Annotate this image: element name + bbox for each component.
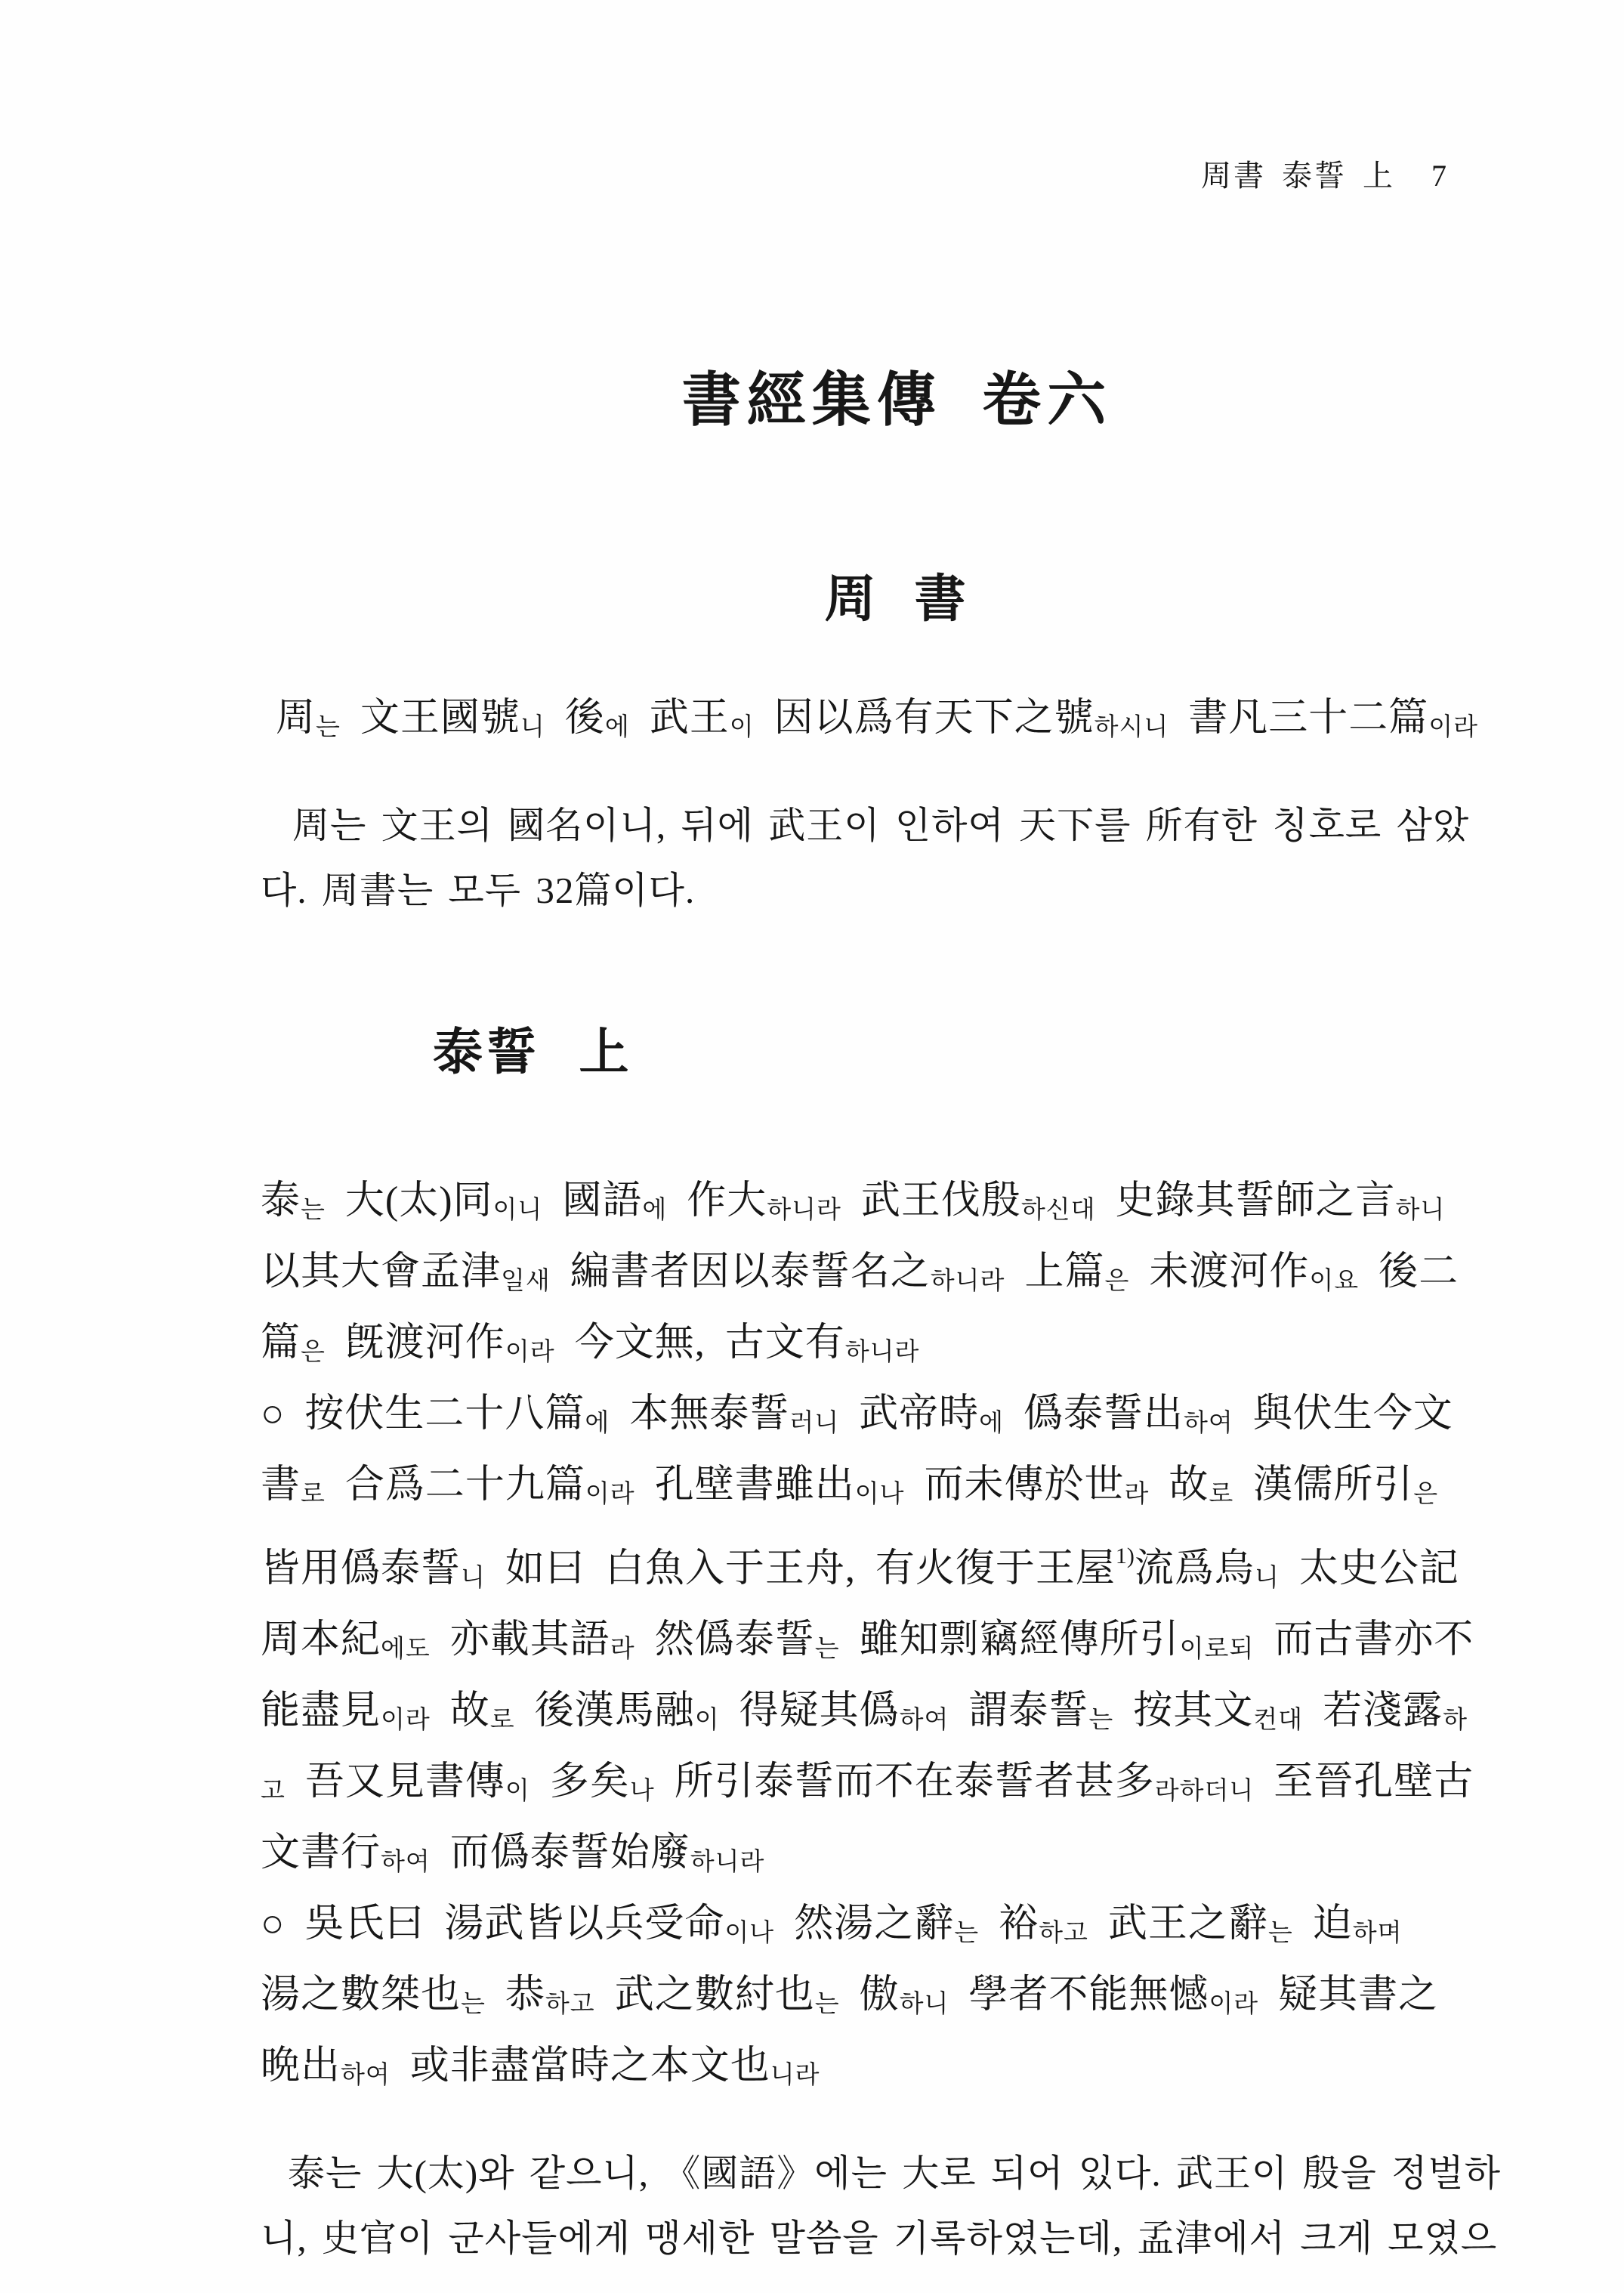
hanja-text: 皆用僞泰誓 bbox=[261, 1547, 461, 1590]
hanja-text: 書 bbox=[261, 1463, 301, 1507]
hangul-gloss: 이라 bbox=[585, 1481, 635, 1508]
hangul-gloss: 나 bbox=[630, 1778, 655, 1805]
hangul-gloss: 는 bbox=[461, 1991, 486, 2018]
chapter-title: 泰誓 上 bbox=[261, 1023, 1533, 1083]
hanja-text: 合爲二十九篇 bbox=[326, 1463, 585, 1507]
text-line: 皆用僞泰誓니 如曰 白魚入于王舟, 有火復于王屋1)流爲烏니 太史公記 bbox=[261, 1525, 1533, 1609]
hanja-text: 孔壁書雖出 bbox=[635, 1463, 855, 1507]
hangul-gloss: 에 bbox=[642, 1197, 667, 1224]
text-line: 能盡見이라 故로 後漢馬融이 得疑其僞하여 謂泰誓는 按其文컨대 若淺露하 bbox=[261, 1680, 1533, 1751]
hanja-text: 流爲烏 bbox=[1135, 1547, 1255, 1590]
hangul-gloss: 하여 bbox=[381, 1849, 431, 1876]
hangul-gloss: 이라 bbox=[1209, 1991, 1258, 2018]
hanja-text: 以其大會孟津 bbox=[261, 1250, 501, 1293]
text-line: 篇은 旣渡河作이라 今文無, 古文有하니라 bbox=[261, 1312, 1533, 1383]
hangul-gloss: 하니라 bbox=[690, 1849, 765, 1876]
hanja-text: 僞泰誓出 bbox=[1004, 1392, 1184, 1435]
hanja-text: 或非盡當時之本文也 bbox=[391, 2044, 770, 2087]
hanja-text: 武之數紂也 bbox=[595, 1973, 815, 2016]
volume-title: 書經集傳 卷六 bbox=[261, 365, 1533, 436]
hanja-text: 武王 bbox=[630, 697, 730, 740]
text-line: 周는 文王國號니 後에 武王이 因以爲有天下之號하시니 書凡三十二篇이라 bbox=[261, 688, 1533, 759]
footnote-ref: 1) bbox=[1116, 1544, 1135, 1568]
hangul-gloss: 하고 bbox=[1039, 1920, 1088, 1947]
text-line: 書로 合爲二十九篇이라 孔壁書雖出이나 而未傳於世라 故로 漢儒所引은 bbox=[261, 1454, 1533, 1525]
hanja-text: 故 bbox=[431, 1689, 490, 1732]
hanja-text: 後漢馬融 bbox=[515, 1689, 695, 1732]
hanja-text: 太史公記 bbox=[1280, 1547, 1459, 1590]
hangul-gloss: 에도 bbox=[381, 1636, 431, 1663]
hangul-gloss: 이 bbox=[695, 1707, 720, 1734]
hangul-gloss: 라 bbox=[610, 1636, 635, 1663]
hangul-gloss: 하시니 bbox=[1095, 714, 1169, 741]
hanja-text: 然湯之辭 bbox=[774, 1902, 954, 1945]
hangul-gloss: 에 bbox=[585, 1410, 610, 1437]
hanja-text: 國語 bbox=[542, 1179, 642, 1222]
hanja-text: 故 bbox=[1149, 1463, 1209, 1507]
text-line: 泰는 大(太)同이니 國語에 作大하니라 武王伐殷하신대 史錄其誓師之言하니 bbox=[261, 1170, 1533, 1241]
text-line: 晩出하여 或非盡當時之本文也니라 bbox=[261, 2035, 1533, 2106]
hanja-text: 而僞泰誓始廢 bbox=[431, 1831, 690, 1874]
hanja-text: 得疑其僞 bbox=[720, 1689, 900, 1732]
hanja-text: 漢儒所引 bbox=[1233, 1463, 1413, 1507]
hangul-gloss: 이라 bbox=[505, 1339, 555, 1366]
hanja-text: 旣渡河作 bbox=[326, 1321, 505, 1364]
text-line: 泰는 大(太)와 같으니, 《國語》에는 大로 되어 있다. 武王이 殷을 정벌… bbox=[261, 2141, 1533, 2206]
hangul-gloss: 는 bbox=[815, 1991, 840, 2018]
hanja-text: 文王國號 bbox=[341, 697, 520, 740]
hanja-text: 周 bbox=[276, 697, 316, 740]
hangul-gloss: 이요 bbox=[1309, 1268, 1359, 1295]
chapter-translation: 泰는 大(太)와 같으니, 《國語》에는 大로 되어 있다. 武王이 殷을 정벌… bbox=[261, 2141, 1533, 2271]
hangul-gloss: 는 bbox=[954, 1920, 979, 1947]
hangul-gloss: 컨대 bbox=[1253, 1707, 1303, 1734]
running-header-title: 周書 泰誓 上 bbox=[1201, 159, 1395, 193]
hanja-text: 與伏生今文 bbox=[1233, 1392, 1453, 1435]
hangul-gloss: 은 bbox=[1413, 1481, 1438, 1508]
hanja-text: 武王之辭 bbox=[1088, 1902, 1268, 1945]
hanja-text: 書凡三十二篇 bbox=[1169, 697, 1428, 740]
intro-translation: 周는 文王의 國名이니, 뒤에 武王이 인하여 天下를 所有한 칭호로 삼았다.… bbox=[261, 793, 1533, 923]
hangul-gloss: 이라 bbox=[1428, 714, 1478, 741]
hanja-text: 編書者因以泰誓名之 bbox=[551, 1250, 931, 1293]
hanja-text: 所引泰誓而不在泰誓者甚多 bbox=[655, 1760, 1155, 1803]
hanja-text: 上篇 bbox=[1005, 1250, 1104, 1293]
hanja-text: 周本紀 bbox=[261, 1618, 381, 1661]
hangul-gloss: 니 bbox=[461, 1565, 486, 1592]
hanja-text: 後二 bbox=[1359, 1250, 1459, 1293]
hangul-gloss: 하여 bbox=[341, 2062, 391, 2089]
hangul-gloss: 로 bbox=[301, 1481, 326, 1508]
hangul-gloss: 러니 bbox=[789, 1410, 839, 1437]
hangul-gloss: 하니 bbox=[1396, 1197, 1446, 1224]
hanja-text: 湯之數桀也 bbox=[261, 1973, 461, 2016]
hanja-text: 作大 bbox=[667, 1179, 767, 1222]
running-header: 周書 泰誓 上7 bbox=[261, 0, 1533, 195]
book-section-title: 周 書 bbox=[261, 568, 1533, 630]
hangul-gloss: 일새 bbox=[501, 1268, 551, 1295]
hanja-text: 至晉孔壁古 bbox=[1254, 1760, 1474, 1803]
hangul-gloss: 에 bbox=[605, 714, 630, 741]
text-line: 周는 文王의 國名이니, 뒤에 武王이 인하여 天下를 所有한 칭호로 삼았 bbox=[261, 793, 1533, 858]
hanja-text: 恭 bbox=[486, 1973, 545, 2016]
hangul-gloss: 로 bbox=[490, 1707, 515, 1734]
hangul-gloss: 은 bbox=[301, 1339, 326, 1366]
hanja-text: 篇 bbox=[261, 1321, 301, 1364]
hangul-gloss: 니라 bbox=[770, 2062, 820, 2089]
hangul-gloss: 는 bbox=[815, 1636, 840, 1663]
hanja-text: 裕 bbox=[979, 1902, 1039, 1945]
hangul-gloss: 이니 bbox=[493, 1197, 543, 1224]
text-line: 다. 周書는 모두 32篇이다. bbox=[261, 858, 1533, 923]
hanja-text: 史錄其誓師之言 bbox=[1096, 1179, 1396, 1222]
text-line: 湯之數桀也는 恭하고 武之數紂也는 傲하니 學者不能無憾이라 疑其書之 bbox=[261, 1964, 1533, 2035]
hanja-text: 迫 bbox=[1293, 1902, 1353, 1945]
hanja-text: 因以爲有天下之號 bbox=[755, 697, 1095, 740]
hanja-text: 雖知剽竊經傳所引 bbox=[840, 1618, 1180, 1661]
hangul-gloss: 라하더니 bbox=[1155, 1778, 1255, 1805]
intro-annotated-text: 周는 文王國號니 後에 武王이 因以爲有天下之號하시니 書凡三十二篇이라 bbox=[261, 688, 1533, 759]
hanja-text: 武王伐殷 bbox=[841, 1179, 1021, 1222]
hangul-gloss: 고 bbox=[261, 1778, 286, 1805]
text-line: 周本紀에도 亦載其語라 然僞泰誓는 雖知剽竊經傳所引이로되 而古書亦不 bbox=[261, 1609, 1533, 1680]
hangul-gloss: 하신대 bbox=[1021, 1197, 1096, 1224]
hanja-text: 學者不能無憾 bbox=[949, 1973, 1209, 2016]
hanja-text: 大(太)同 bbox=[326, 1179, 493, 1222]
hangul-gloss: 는 bbox=[316, 714, 341, 741]
hanja-text: 亦載其語 bbox=[431, 1618, 610, 1661]
page-number: 7 bbox=[1431, 159, 1449, 193]
text-line: ○ 吳氏曰 湯武皆以兵受命이나 然湯之辭는 裕하고 武王之辭는 迫하며 bbox=[261, 1893, 1533, 1964]
hanja-text: 本無泰誓 bbox=[610, 1392, 789, 1435]
hangul-gloss: 은 bbox=[1104, 1268, 1129, 1295]
hanja-text: 然僞泰誓 bbox=[635, 1618, 815, 1661]
hanja-text: 後 bbox=[545, 697, 605, 740]
text-line: 니, 史官이 군사들에게 맹세한 말씀을 기록하였는데, 孟津에서 크게 모였으 bbox=[261, 2206, 1533, 2271]
hangul-gloss: 이라 bbox=[381, 1707, 431, 1734]
text-line: 文書行하여 而僞泰誓始廢하니라 bbox=[261, 1822, 1533, 1893]
hanja-text: 武帝時 bbox=[839, 1392, 979, 1435]
hangul-gloss: 하여 bbox=[1184, 1410, 1233, 1437]
commentary-annotated-text: 泰는 大(太)同이니 國語에 作大하니라 武王伐殷하신대 史錄其誓師之言하니以其… bbox=[261, 1170, 1533, 2106]
hangul-gloss: 하니라 bbox=[845, 1339, 920, 1366]
hangul-gloss: 하니 bbox=[900, 1991, 949, 2018]
hanja-text: 多矣 bbox=[530, 1760, 630, 1803]
hanja-text: 吾又見書傳 bbox=[286, 1760, 505, 1803]
hanja-text: 今文無, 古文有 bbox=[555, 1321, 845, 1364]
hangul-gloss: 라 bbox=[1124, 1481, 1149, 1508]
hangul-gloss: 하고 bbox=[545, 1991, 595, 2018]
hanja-text: 若淺露 bbox=[1303, 1689, 1443, 1732]
hangul-gloss: 이 bbox=[505, 1778, 530, 1805]
hangul-gloss: 이나 bbox=[855, 1481, 905, 1508]
hanja-text: 而古書亦不 bbox=[1254, 1618, 1474, 1661]
hanja-text: 如曰 白魚入于王舟, 有火復于王屋 bbox=[486, 1547, 1116, 1590]
hangul-gloss: 하니라 bbox=[767, 1197, 841, 1224]
hanja-text: 按其文 bbox=[1113, 1689, 1253, 1732]
hanja-text: 謂泰誓 bbox=[949, 1689, 1088, 1732]
hangul-gloss: 하 bbox=[1443, 1707, 1468, 1734]
text-line: ○ 按伏生二十八篇에 本無泰誓러니 武帝時에 僞泰誓出하여 與伏生今文 bbox=[261, 1383, 1533, 1454]
hanja-text: 晩出 bbox=[261, 2044, 341, 2087]
hanja-text: 疑其書之 bbox=[1258, 1973, 1438, 2016]
scanned-page: 周書 泰誓 上7 書經集傳 卷六 周 書 周는 文王國號니 後에 武王이 因以爲… bbox=[0, 0, 1624, 2293]
hangul-gloss: 이나 bbox=[724, 1920, 774, 1947]
hanja-text: 而未傳於世 bbox=[904, 1463, 1124, 1507]
hangul-gloss: 하여 bbox=[900, 1707, 949, 1734]
hanja-text: 文書行 bbox=[261, 1831, 381, 1874]
hangul-gloss: 하며 bbox=[1353, 1920, 1403, 1947]
hangul-gloss: 는 bbox=[1268, 1920, 1293, 1947]
hangul-gloss: 는 bbox=[301, 1197, 326, 1224]
hangul-gloss: 이로되 bbox=[1180, 1636, 1255, 1663]
text-line: 고 吾又見書傳이 多矣나 所引泰誓而不在泰誓者甚多라하더니 至晉孔壁古 bbox=[261, 1751, 1533, 1822]
page-content: 周書 泰誓 上7 書經集傳 卷六 周 書 周는 文王國號니 後에 武王이 因以爲… bbox=[0, 0, 1624, 2271]
hangul-gloss: 이 bbox=[730, 714, 755, 741]
hanja-text: 能盡見 bbox=[261, 1689, 381, 1732]
hanja-text: 未渡河作 bbox=[1129, 1250, 1309, 1293]
hangul-gloss: 하니라 bbox=[931, 1268, 1005, 1295]
hanja-text: 泰 bbox=[261, 1179, 301, 1222]
text-line: 以其大會孟津일새 編書者因以泰誓名之하니라 上篇은 未渡河作이요 後二 bbox=[261, 1241, 1533, 1312]
hangul-gloss: 에 bbox=[979, 1410, 1004, 1437]
hangul-gloss: 는 bbox=[1088, 1707, 1113, 1734]
hangul-gloss: 니 bbox=[520, 714, 545, 741]
hangul-gloss: 니 bbox=[1255, 1565, 1280, 1592]
hanja-text: ○ 按伏生二十八篇 bbox=[261, 1392, 585, 1435]
hanja-text: 傲 bbox=[840, 1973, 900, 2016]
hanja-text: ○ 吳氏曰 湯武皆以兵受命 bbox=[261, 1902, 724, 1945]
hangul-gloss: 로 bbox=[1209, 1481, 1233, 1508]
